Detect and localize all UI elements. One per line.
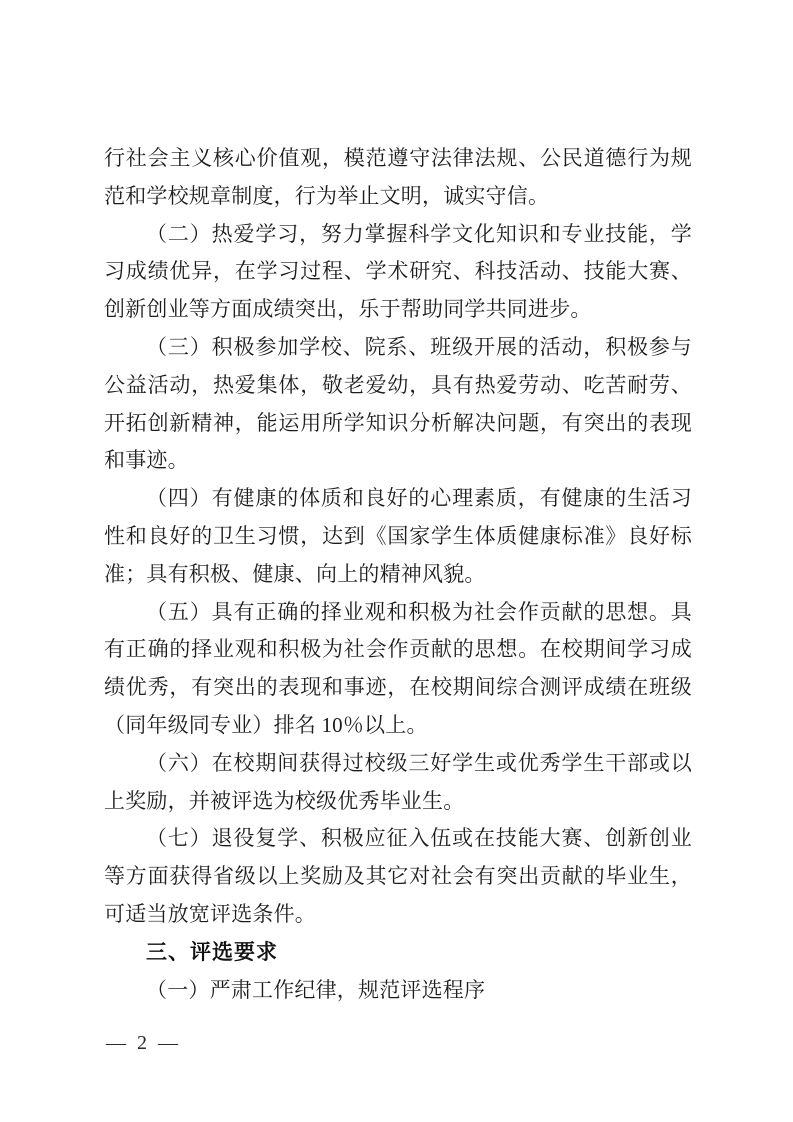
document-body: 行社会主义核心价值观，模范遵守法律法规、公民道德行为规范和学校规章制度，行为举止…	[104, 140, 692, 1009]
page-number: — 2 —	[106, 1032, 181, 1055]
paragraph-item-7: （七）退役复学、积极应征入伍或在技能大赛、创新创业等方面获得省级以上奖励及其它对…	[104, 820, 692, 933]
paragraph-item-6: （六）在校期间获得过校级三好学生或优秀学生干部或以上奖励，并被评选为校级优秀毕业…	[104, 745, 692, 821]
paragraph-subsection-1: （一）严肃工作纪律，规范评选程序	[104, 972, 692, 1010]
section-heading: 三、评选要求	[104, 934, 692, 972]
paragraph-item-4: （四）有健康的体质和良好的心理素质，有健康的生活习性和良好的卫生习惯，达到《国家…	[104, 480, 692, 593]
paragraph-continuation: 行社会主义核心价值观，模范遵守法律法规、公民道德行为规范和学校规章制度，行为举止…	[104, 140, 692, 216]
paragraph-item-5: （五）具有正确的择业观和积极为社会作贡献的思想。具有正确的择业观和积极为社会作贡…	[104, 594, 692, 745]
paragraph-item-2: （二）热爱学习，努力掌握科学文化知识和专业技能，学习成绩优异，在学习过程、学术研…	[104, 216, 692, 329]
document-page: 行社会主义核心价值观，模范遵守法律法规、公民道德行为规范和学校规章制度，行为举止…	[0, 0, 793, 1122]
paragraph-item-3: （三）积极参加学校、院系、班级开展的活动，积极参与公益活动，热爱集体，敬老爱幼，…	[104, 329, 692, 480]
